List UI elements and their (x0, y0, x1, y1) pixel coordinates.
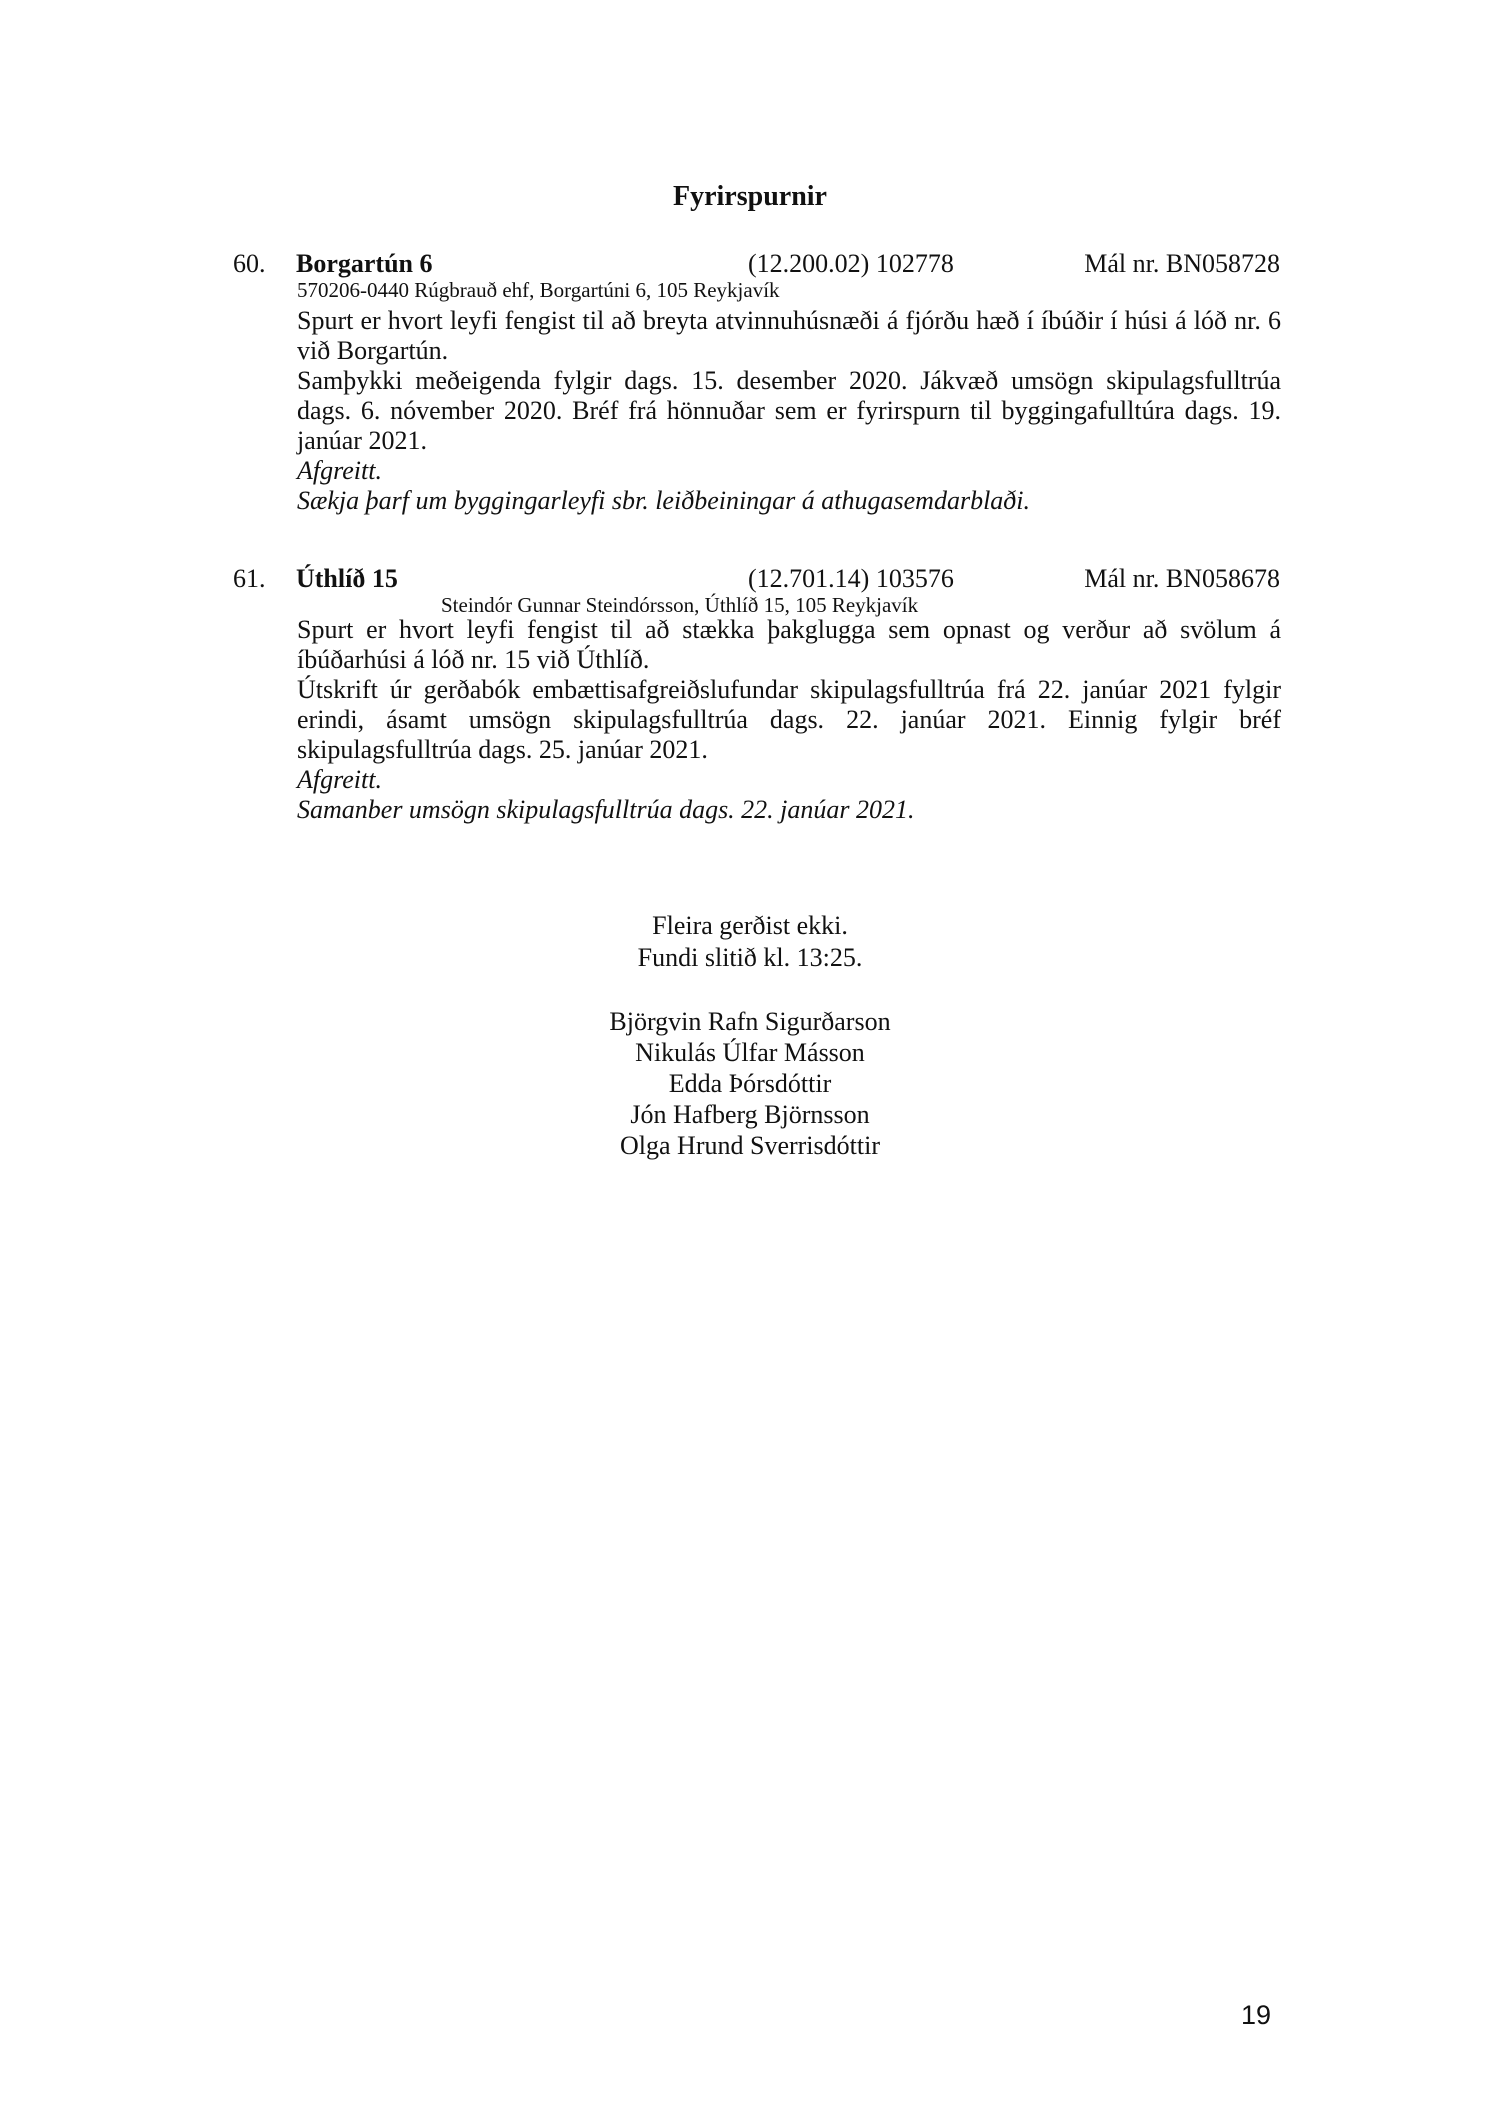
signature-name: Jón Hafberg Björnsson (0, 1099, 1500, 1130)
closing-remarks: Fleira gerðist ekki. Fundi slitið kl. 13… (0, 910, 1500, 974)
item-status: Afgreitt. (297, 765, 1281, 795)
signature-list: Björgvin Rafn Sigurðarson Nikulás Úlfar … (0, 1006, 1500, 1161)
item-body: Spurt er hvort leyfi fengist til að brey… (297, 306, 1281, 516)
item-paragraph: Útskrift úr gerðabók embættisafgreiðsluf… (297, 675, 1281, 765)
item-header: 60. Borgartún 6 (12.200.02) 102778 Mál n… (0, 248, 1500, 280)
item-paragraph: Spurt er hvort leyfi fengist til að stæk… (297, 615, 1281, 675)
page-number: 19 (1241, 1999, 1271, 2031)
closing-line: Fleira gerðist ekki. (0, 910, 1500, 942)
item-body: Spurt er hvort leyfi fengist til að stæk… (297, 615, 1281, 825)
item-address: Borgartún 6 (296, 248, 433, 280)
signature-name: Björgvin Rafn Sigurðarson (0, 1006, 1500, 1037)
item-case-number: Mál nr. BN058728 (1084, 248, 1280, 280)
item-header: 61. Úthlíð 15 (12.701.14) 103576 Mál nr.… (0, 563, 1500, 595)
item-paragraph: Spurt er hvort leyfi fengist til að brey… (297, 306, 1281, 366)
item-case-number: Mál nr. BN058678 (1084, 563, 1280, 595)
signature-name: Edda Þórsdóttir (0, 1068, 1500, 1099)
item-status: Afgreitt. (297, 456, 1281, 486)
item-applicant: Steindór Gunnar Steindórsson, Úthlíð 15,… (441, 593, 918, 617)
document-page: Fyrirspurnir 60. Borgartún 6 (12.200.02)… (0, 0, 1500, 2122)
closing-line: Fundi slitið kl. 13:25. (0, 942, 1500, 974)
item-reference: (12.200.02) 102778 (748, 248, 954, 280)
item-paragraph: Samþykki meðeigenda fylgir dags. 15. des… (297, 366, 1281, 456)
item-applicant: 570206-0440 Rúgbrauð ehf, Borgartúni 6, … (297, 278, 780, 302)
item-decision: Sækja þarf um byggingarleyfi sbr. leiðbe… (297, 486, 1281, 516)
item-address: Úthlíð 15 (296, 563, 398, 595)
item-reference: (12.701.14) 103576 (748, 563, 954, 595)
item-number: 60. (233, 248, 266, 280)
signature-name: Nikulás Úlfar Másson (0, 1037, 1500, 1068)
item-decision: Samanber umsögn skipulagsfulltrúa dags. … (297, 795, 1281, 825)
signature-name: Olga Hrund Sverrisdóttir (0, 1130, 1500, 1161)
section-title: Fyrirspurnir (0, 180, 1500, 214)
item-number: 61. (233, 563, 266, 595)
